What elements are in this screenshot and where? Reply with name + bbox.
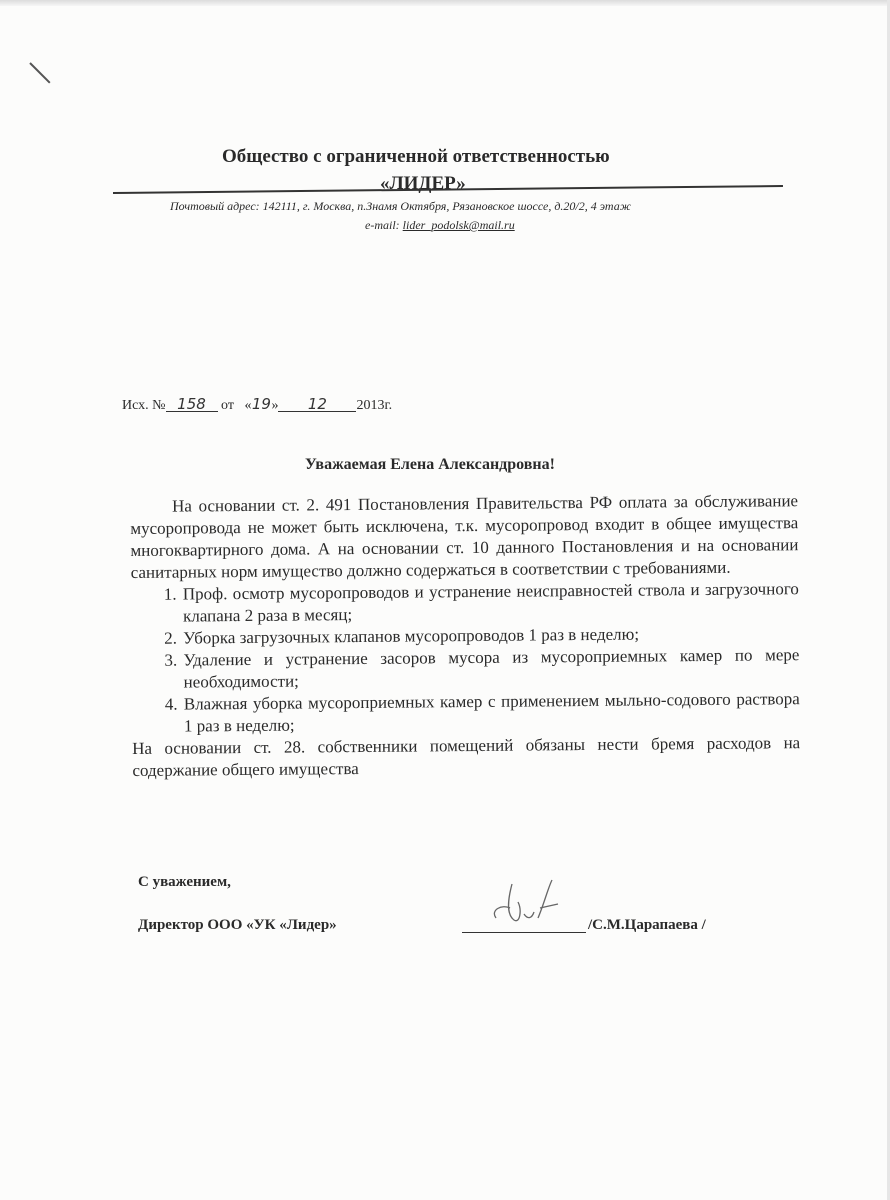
list-item: Влажная уборка мусороприемных камер с пр… — [182, 688, 800, 737]
ref-prefix: Исх. № — [122, 398, 166, 413]
org-name: Общество с ограниченной ответственностью — [222, 146, 682, 168]
handwritten-signature-icon — [488, 874, 568, 934]
ref-number: 158 — [166, 397, 218, 412]
signature-line — [462, 932, 586, 933]
letter-body: На основании ст. 2. 491 Постановления Пр… — [130, 490, 800, 782]
signer-title: Директор ООО «УК «Лидер» — [138, 917, 337, 934]
outgoing-reference: Исх. №158 от «19»122013г. — [122, 397, 392, 414]
email-link[interactable]: lider_podolsk@mail.ru — [403, 218, 515, 232]
day-close-quote: » — [271, 398, 278, 413]
scan-edge — [0, 0, 890, 6]
requirements-list: Проф. осмотр мусоропроводов и устранение… — [131, 578, 800, 738]
ref-year: 2013г. — [356, 398, 392, 413]
list-item: Удаление и устранение засоров мусора из … — [181, 644, 799, 693]
pen-mark — [29, 62, 50, 83]
email-row: e-mail: lider_podolsk@mail.ru — [365, 218, 515, 233]
ref-month: 12 — [278, 397, 356, 412]
closing-paragraph: На основании ст. 28. собственники помеще… — [132, 732, 800, 782]
email-label: e-mail: — [365, 218, 403, 232]
org-brand: «ЛИДЕР» — [380, 173, 466, 195]
salutation: Уважаемая Елена Александровна! — [305, 456, 555, 474]
regards: С уважением, — [138, 874, 778, 891]
intro-paragraph: На основании ст. 2. 491 Постановления Пр… — [130, 490, 799, 584]
day-open-quote: « — [244, 398, 251, 413]
signature-block: С уважением, Директор ООО «УК «Лидер» /С… — [138, 874, 778, 891]
ref-day: 19 — [251, 397, 271, 411]
signer-name: /С.М.Царапаева / — [588, 917, 706, 934]
list-item: Проф. осмотр мусоропроводов и устранение… — [181, 578, 799, 627]
ref-from-label: от — [221, 398, 234, 413]
postal-address: Почтовый адрес: 142111, г. Москва, п.Зна… — [170, 199, 631, 214]
